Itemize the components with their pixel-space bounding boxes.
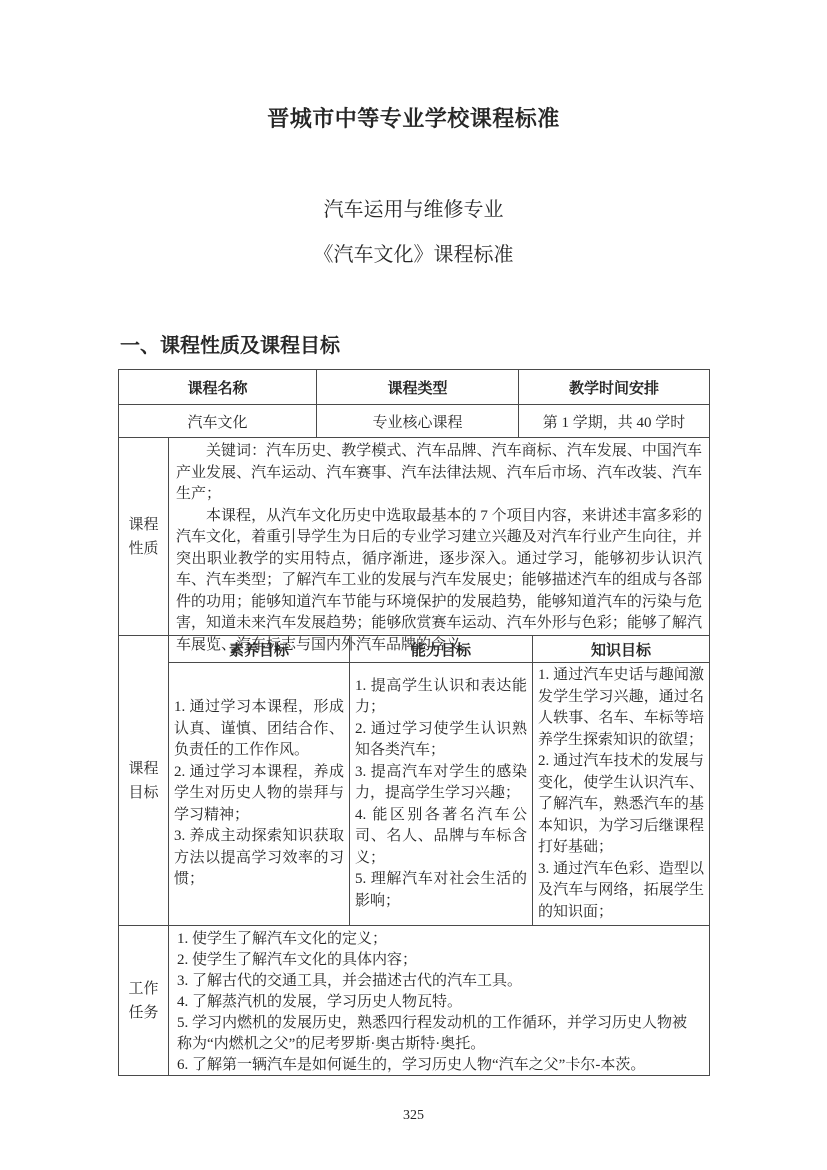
goal-item: 1. 通过汽车史话与趣闻激发学生学习兴趣，通过名人轶事、名车、车标等培养学生探索… (538, 665, 704, 751)
work-tasks-label: 工作任务 (129, 977, 159, 1025)
course-nature-label: 课程性质 (129, 513, 159, 561)
goal-item: 2. 通过汽车技术的发展与变化，使学生认识汽车、了解汽车，熟悉汽车的基本知识，为… (538, 751, 704, 859)
quality-goals-cell: 1. 通过学习本课程，形成认真、谨慎、团结合作、负责任的工作作风。 2. 通过学… (169, 663, 349, 925)
nature-paragraph: 关键词：汽车历史、教学模式、汽车品牌、汽车商标、汽车发展、中国汽车产业发展、汽车… (176, 441, 702, 506)
goal-item: 1. 提高学生认识和表达能力； (355, 676, 527, 719)
header-quality-goals: 素养目标 (169, 636, 349, 662)
goal-item: 3. 养成主动探索知识获取方法以提高学习效率的习惯； (174, 826, 344, 891)
goal-item: 3. 提高汽车对学生的感染力，提高学生学习兴趣； (355, 762, 527, 805)
course-table: 课程名称 课程类型 教学时间安排 汽车文化 专业核心课程 第 1 学期，共 40… (118, 369, 710, 1076)
course-standard-subtitle: 《汽车文化》课程标准 (0, 243, 827, 267)
table-header-row: 课程名称 课程类型 教学时间安排 (119, 370, 709, 404)
course-objectives-row: 课程目标 素养目标 能力目标 知识目标 1. 通过学习本课程，形成认真、谨慎、团… (119, 635, 709, 925)
work-tasks-row: 工作任务 1. 使学生了解汽车文化的定义； 2. 使学生了解汽车文化的具体内容；… (119, 925, 709, 1075)
goal-item: 2. 通过学习使学生认识熟知各类汽车； (355, 719, 527, 762)
work-tasks-list: 1. 使学生了解汽车文化的定义； 2. 使学生了解汽车文化的具体内容； 3. 了… (168, 926, 709, 1075)
task-item: 4. 了解蒸汽机的发展，学习历史人物瓦特。 (177, 992, 701, 1013)
page-number: 325 (0, 1108, 827, 1124)
teaching-time-value: 第 1 学期，共 40 学时 (518, 405, 709, 437)
header-course-type: 课程类型 (316, 370, 518, 404)
course-objectives-label-cell: 课程目标 (119, 636, 168, 925)
course-name-value: 汽车文化 (119, 405, 316, 437)
task-item: 5. 学习内燃机的发展历史，熟悉四行程发动机的工作循环，并学习历史人物被称为“内… (177, 1013, 701, 1055)
course-objectives-label: 课程目标 (129, 757, 159, 805)
table-info-row: 汽车文化 专业核心课程 第 1 学期，共 40 学时 (119, 404, 709, 437)
header-knowledge-goals: 知识目标 (532, 636, 709, 662)
nature-paragraph: 本课程，从汽车文化历史中选取最基本的 7 个项目内容，来讲述丰富多彩的汽车文化，… (176, 506, 702, 657)
header-teaching-time: 教学时间安排 (518, 370, 709, 404)
major-subtitle: 汽车运用与维修专业 (0, 198, 827, 222)
task-item: 3. 了解古代的交通工具，并会描述古代的汽车工具。 (177, 971, 701, 992)
course-nature-text: 关键词：汽车历史、教学模式、汽车品牌、汽车商标、汽车发展、中国汽车产业发展、汽车… (168, 438, 709, 635)
task-item: 6. 了解第一辆汽车是如何诞生的，学习历史人物“汽车之父”卡尔-本茨。 (177, 1055, 701, 1076)
document-page: 晋城市中等专业学校课程标准 汽车运用与维修专业 《汽车文化》课程标准 一、课程性… (0, 0, 827, 1170)
goal-item: 4. 能区别各著名汽车公司、名人、品牌与车标含义； (355, 805, 527, 870)
knowledge-goals-cell: 1. 通过汽车史话与趣闻激发学生学习兴趣，通过名人轶事、名车、车标等培养学生探索… (532, 663, 709, 925)
ability-goals-cell: 1. 提高学生认识和表达能力； 2. 通过学习使学生认识熟知各类汽车； 3. 提… (349, 663, 532, 925)
objectives-header-row: 素养目标 能力目标 知识目标 (169, 636, 709, 663)
section-heading: 一、课程性质及课程目标 (120, 333, 827, 359)
goal-item: 1. 通过学习本课程，形成认真、谨慎、团结合作、负责任的工作作风。 (174, 697, 344, 762)
course-nature-row: 课程性质 关键词：汽车历史、教学模式、汽车品牌、汽车商标、汽车发展、中国汽车产业… (119, 437, 709, 635)
objectives-subtable: 素养目标 能力目标 知识目标 1. 通过学习本课程，形成认真、谨慎、团结合作、负… (168, 636, 709, 925)
header-course-name: 课程名称 (119, 370, 316, 404)
goal-item: 3. 通过汽车色彩、造型以及汽车与网络，拓展学生的知识面； (538, 859, 704, 924)
header-ability-goals: 能力目标 (349, 636, 532, 662)
document-title: 晋城市中等专业学校课程标准 (0, 0, 827, 132)
goal-item: 5. 理解汽车对社会生活的影响； (355, 869, 527, 912)
task-item: 2. 使学生了解汽车文化的具体内容； (177, 950, 701, 971)
course-nature-label-cell: 课程性质 (119, 438, 168, 635)
objectives-body-row: 1. 通过学习本课程，形成认真、谨慎、团结合作、负责任的工作作风。 2. 通过学… (169, 663, 709, 925)
goal-item: 2. 通过学习本课程，养成学生对历史人物的崇拜与学习精神； (174, 762, 344, 827)
work-tasks-label-cell: 工作任务 (119, 926, 168, 1075)
course-type-value: 专业核心课程 (316, 405, 518, 437)
task-item: 1. 使学生了解汽车文化的定义； (177, 929, 701, 950)
